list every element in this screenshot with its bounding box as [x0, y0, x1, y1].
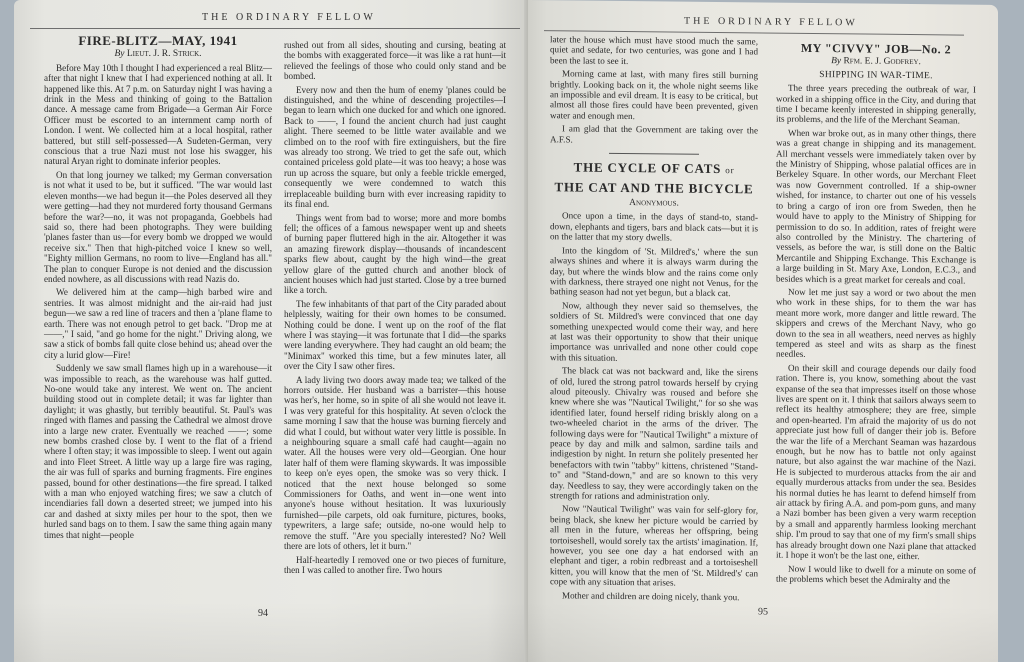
article-title: THE CYCLE OF CATS or	[550, 159, 758, 178]
section-divider	[609, 153, 699, 155]
paragraph: Now let me just say a word or two about …	[776, 287, 976, 362]
paragraph: Suddenly we saw small flames high up in …	[44, 363, 272, 540]
page-number: 94	[258, 608, 268, 619]
left-page: THE ORDINARY FELLOW FIRE-BLITZ—MAY, 1941…	[14, 0, 528, 662]
paragraph: Now, although they never said so themsel…	[550, 300, 758, 365]
article-byline: Anonymous.	[550, 197, 758, 210]
paragraph: Mother and children are doing nicely, th…	[550, 590, 758, 603]
paragraph: Morning came at last, with many fires st…	[550, 68, 758, 122]
paragraph: Half-heartedly I removed one or two piec…	[284, 555, 506, 576]
running-head: THE ORDINARY FELLOW	[202, 12, 376, 23]
paragraph: When war broke out, as in many other thi…	[776, 127, 976, 285]
paragraph: We delivered him at the camp—high barbed…	[44, 287, 272, 360]
page-shadow	[14, 602, 528, 662]
paragraph: rushed out from all sides, shouting and …	[284, 40, 506, 82]
paragraph: I am glad that the Government are taking…	[550, 123, 758, 146]
paragraph: Things went from bad to worse; more and …	[284, 213, 506, 296]
article-subtitle: THE CAT AND THE BICYCLE	[550, 179, 758, 196]
left-column: FIRE-BLITZ—MAY, 1941 By Lieut. J. R. Str…	[44, 36, 272, 543]
right-column: rushed out from all sides, shouting and …	[284, 40, 506, 578]
right-column: MY "CIVVY" JOB—No. 2 By Rfm. E. J. Godfr…	[776, 43, 976, 589]
paragraph: Now "Nautical Twilight" was vain for sel…	[550, 504, 758, 589]
article-subhead: SHIPPING IN WAR-TIME.	[776, 69, 976, 82]
header-rule	[30, 28, 520, 29]
article-byline: By Lieut. J. R. Strick.	[44, 49, 272, 59]
paragraph: On their skill and courage depends our d…	[776, 362, 976, 562]
page-number: 95	[758, 606, 768, 617]
paragraph: The black cat was not backward and, like…	[550, 365, 758, 502]
paragraph: Into the kingdom of 'St. Mildred's,' whe…	[550, 245, 758, 299]
article-title: FIRE-BLITZ—MAY, 1941	[44, 36, 272, 46]
running-head: THE ORDINARY FELLOW	[684, 16, 858, 29]
paragraph: Now I would like to dwell for a minute o…	[776, 563, 976, 586]
article-byline: By Rfm. E. J. Godfrey.	[776, 56, 976, 69]
magazine-spread: THE ORDINARY FELLOW FIRE-BLITZ—MAY, 1941…	[0, 0, 1024, 662]
paragraph: Every now and then the hum of enemy 'pla…	[284, 85, 506, 210]
paragraph: On that long journey we talked; my Germa…	[44, 170, 272, 284]
left-column: later the house which must have stood mu…	[550, 34, 758, 605]
paragraph: later the house which must have stood mu…	[550, 34, 758, 67]
right-page: THE ORDINARY FELLOW later the house whic…	[528, 0, 998, 662]
article-title: MY "CIVVY" JOB—No. 2	[776, 43, 976, 56]
paragraph: Before May 10th I thought I had experien…	[44, 63, 272, 167]
paragraph: The three years preceding the outbreak o…	[776, 83, 976, 127]
paragraph: The few inhabitants of that part of the …	[284, 299, 506, 372]
paragraph: Once upon a time, in the days of stand-t…	[550, 211, 758, 244]
paragraph: A lady living two doors away made tea; w…	[284, 375, 506, 552]
